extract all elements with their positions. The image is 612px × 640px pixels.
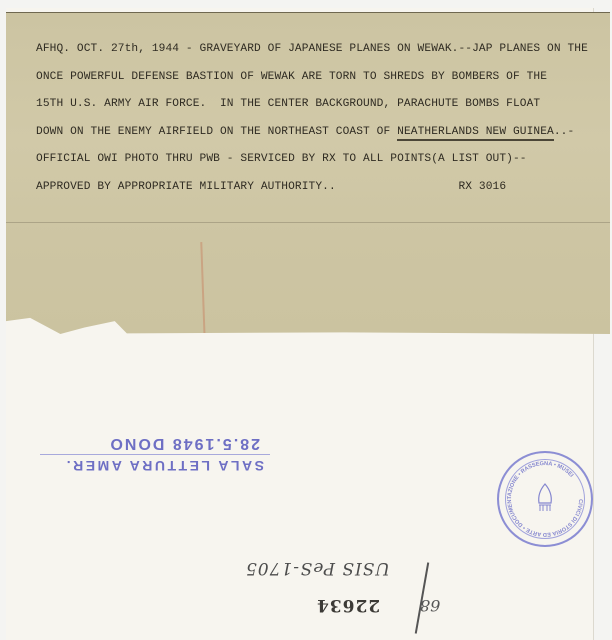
handwritten-code: USIS PeS-1705 bbox=[245, 558, 390, 578]
underlined-location: NEATHERLANDS NEW GUINEA bbox=[397, 126, 554, 141]
caption-line-2: ONCE POWERFUL DEFENSE BASTION OF WEWAK A… bbox=[36, 64, 596, 92]
caption-line-4-prefix: DOWN ON THE ENEMY AIRFIELD ON THE NORTHE… bbox=[36, 126, 397, 138]
library-stamp-name: SALA LETTURA AMER. bbox=[40, 455, 270, 477]
library-stamp: SALA LETTURA AMER. 28.5.1948 DONO bbox=[40, 425, 270, 477]
halberd-shield-icon bbox=[535, 483, 555, 513]
caption-line-1: AFHQ. OCT. 27th, 1944 - GRAVEYARD OF JAP… bbox=[36, 36, 596, 64]
caption-line-4: DOWN ON THE ENEMY AIRFIELD ON THE NORTHE… bbox=[36, 119, 596, 147]
caption-line-4-suffix: ..- bbox=[554, 126, 574, 138]
library-stamp-date: 28.5.1948 DONO bbox=[40, 432, 270, 455]
paper-crease bbox=[200, 242, 205, 342]
round-museum-stamp: CIVICI DI STORIA ED ARTE • DOCUMENTAZION… bbox=[497, 451, 593, 547]
caption-line-5: OFFICIAL OWI PHOTO THRU PWB - SERVICED B… bbox=[36, 146, 596, 174]
folio-number: 68 bbox=[420, 596, 440, 615]
inventory-number: 22634 bbox=[316, 595, 380, 615]
caption-line-6: APPROVED BY APPROPRIATE MILITARY AUTHORI… bbox=[36, 174, 596, 202]
caption-line-3: 15TH U.S. ARMY AIR FORCE. IN THE CENTER … bbox=[36, 91, 596, 119]
typed-caption: AFHQ. OCT. 27th, 1944 - GRAVEYARD OF JAP… bbox=[36, 36, 596, 201]
